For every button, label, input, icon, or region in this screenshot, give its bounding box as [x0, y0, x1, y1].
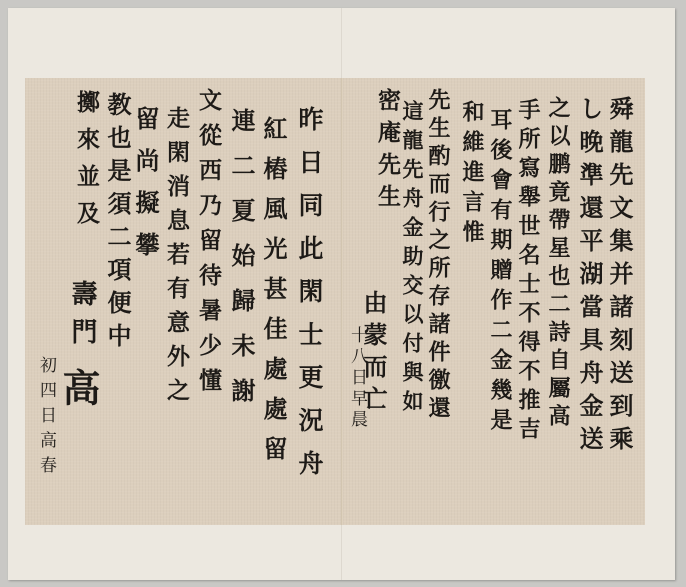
text-column: 手所寫舉世名士不得不推吉: [517, 98, 539, 446]
text-column: 留尚擬攀: [133, 106, 157, 274]
text-column: 先生酌而行之所存諸件徼還: [427, 88, 449, 424]
text-column: 走閑消息若有意外之: [165, 106, 188, 412]
left-leaf: 昨日同此閑士更況舟 紅樁風光甚佳處處留 連二夏始歸未謝 文從西乃留待暑少懂 走閑…: [25, 78, 341, 525]
text-column: 教也是須二項便中: [105, 92, 129, 356]
text-column: 文從西乃留待暑少懂: [197, 88, 220, 403]
text-column: 舜龍先文集并諸刻送到乘: [607, 96, 631, 459]
text-column: 密庵先生: [376, 88, 399, 216]
text-column: し晚準還平湖當具舟金送: [577, 96, 601, 459]
date-inscription: 初四日高春: [37, 356, 54, 481]
text-column: 連二夏始歸未謝: [229, 108, 253, 423]
right-leaf: 舜龍先文集并諸刻送到乘 し晚準還平湖當具舟金送 之以鹏竟帶星也二詩自屬高 手所寫…: [343, 78, 645, 525]
calligraphy-silk-panel: 舜龍先文集并諸刻送到乘 し晚準還平湖當具舟金送 之以鹏竟帶星也二詩自屬高 手所寫…: [25, 78, 645, 525]
sender-signature: 高: [59, 368, 97, 408]
text-column: 紅樁風光甚佳處處留: [261, 116, 285, 476]
text-column: 擲來並及: [75, 90, 98, 238]
text-column: 耳後會有期贈作二金幾是: [489, 108, 511, 438]
text-column: 昨日同此閑士更況舟: [297, 106, 322, 493]
date-inscription: 十八日早晨: [348, 326, 365, 431]
text-column: 和維進言惟: [461, 100, 483, 250]
text-column: 之以鹏竟帶星也二詩自屬高: [547, 96, 569, 432]
sender-signature: 壽門: [69, 280, 95, 356]
text-column: 這龍先舟金助交以付與如: [402, 100, 423, 419]
mounting-board: 舜龍先文集并諸刻送到乘 し晚準還平湖當具舟金送 之以鹏竟帶星也二詩自屬高 手所寫…: [8, 8, 675, 580]
